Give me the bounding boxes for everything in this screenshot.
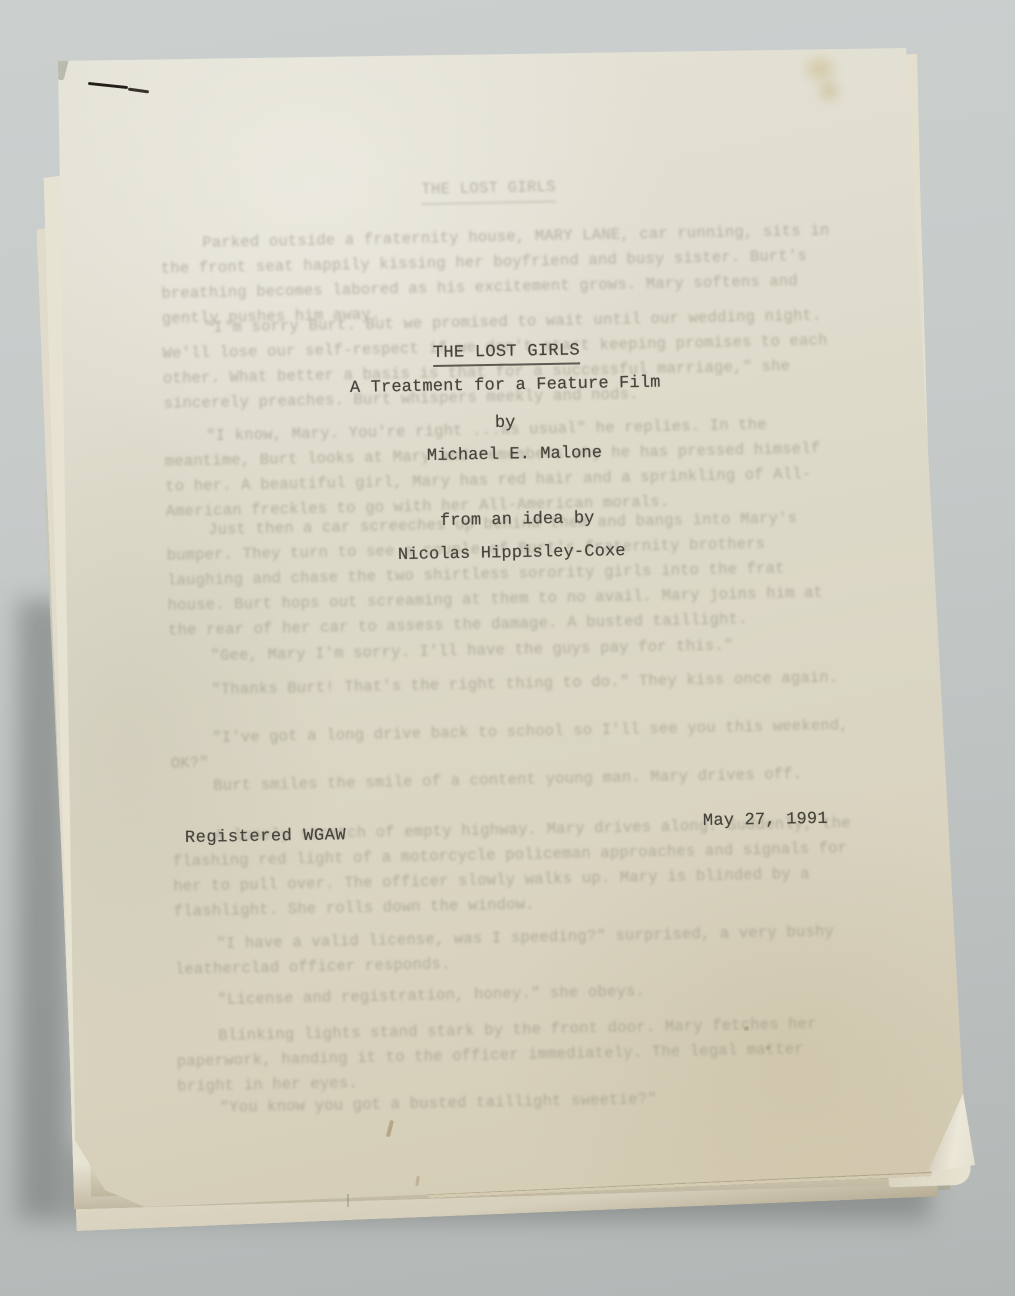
photo-of-document: THE LOST GIRLS Parked outside a fraterni… [0,0,1015,1296]
ghost-paragraph: "I have a valid license, was I speeding?… [174,919,859,983]
corner-speck [51,59,55,63]
corner-damage [46,51,70,81]
ghost-paragraph: "License and registration, honey." she o… [175,975,859,1014]
ghost-paragraph: Just then a car screeches up behind them… [166,505,852,644]
ghost-title: THE LOST GIRLS [421,175,556,205]
bleed-through-text: THE LOST GIRLS Parked outside a fraterni… [156,0,866,1296]
ghost-paragraph: A lonely stretch of empty highway. Mary … [172,811,858,925]
ghost-paragraph: "Thanks Burt! That's the right thing to … [169,665,853,704]
ghost-paragraph: "I'm sorry Burt. But we promised to wait… [162,303,848,417]
